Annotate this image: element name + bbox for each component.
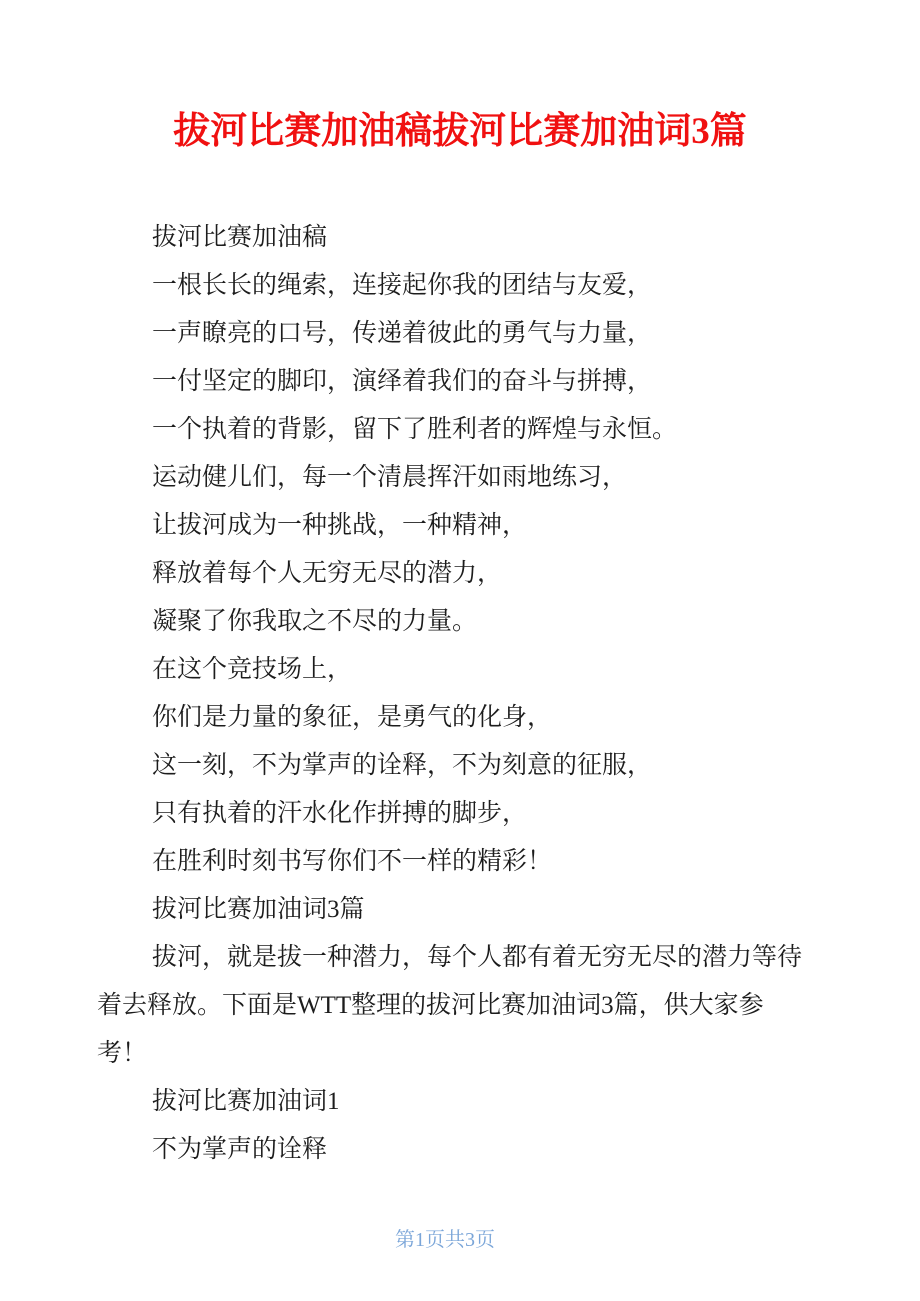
body-line: 在胜利时刻书写你们不一样的精彩！ [97, 838, 813, 886]
body-line: 拔河比赛加油稿 [97, 214, 813, 262]
body-line: 一根长长的绳索，连接起你我的团结与友爱， [97, 262, 813, 310]
body-line: 你们是力量的象征，是勇气的化身， [97, 694, 813, 742]
body-line: 一声瞭亮的口号，传递着彼此的勇气与力量， [97, 310, 813, 358]
body-line: 只有执着的汗水化作拼搏的脚步， [97, 790, 813, 838]
body-line: 着去释放。下面是WTT整理的拔河比赛加油词3篇，供大家参考！ [97, 982, 813, 1078]
body-line: 一个执着的背影，留下了胜利者的辉煌与永恒。 [97, 406, 813, 454]
body-line: 释放着每个人无穷无尽的潜力， [97, 550, 813, 598]
body-line: 运动健儿们，每一个清晨挥汗如雨地练习， [97, 454, 813, 502]
body-line: 凝聚了你我取之不尽的力量。 [97, 598, 813, 646]
body-line: 拔河，就是拔一种潜力，每个人都有着无穷无尽的潜力等待 [97, 934, 813, 982]
document-body: 拔河比赛加油稿一根长长的绳索，连接起你我的团结与友爱，一声瞭亮的口号，传递着彼此… [97, 214, 813, 1174]
body-line: 不为掌声的诠释 [97, 1126, 813, 1174]
body-line: 一付坚定的脚印，演绎着我们的奋斗与拼搏， [97, 358, 813, 406]
body-line: 拔河比赛加油词1 [97, 1078, 813, 1126]
document-title: 拔河比赛加油稿拔河比赛加油词3篇 [0, 110, 920, 154]
page-number-label: 第1页共3页 [395, 1229, 495, 1251]
document-page: { "document": { "title": { "text": "拔河比赛… [0, 0, 920, 1301]
body-line: 拔河比赛加油词3篇 [97, 886, 813, 934]
page-footer: 第1页共3页 [0, 1226, 890, 1254]
body-line: 这一刻，不为掌声的诠释，不为刻意的征服， [97, 742, 813, 790]
body-line: 在这个竞技场上， [97, 646, 813, 694]
body-line: 让拔河成为一种挑战，一种精神， [97, 502, 813, 550]
